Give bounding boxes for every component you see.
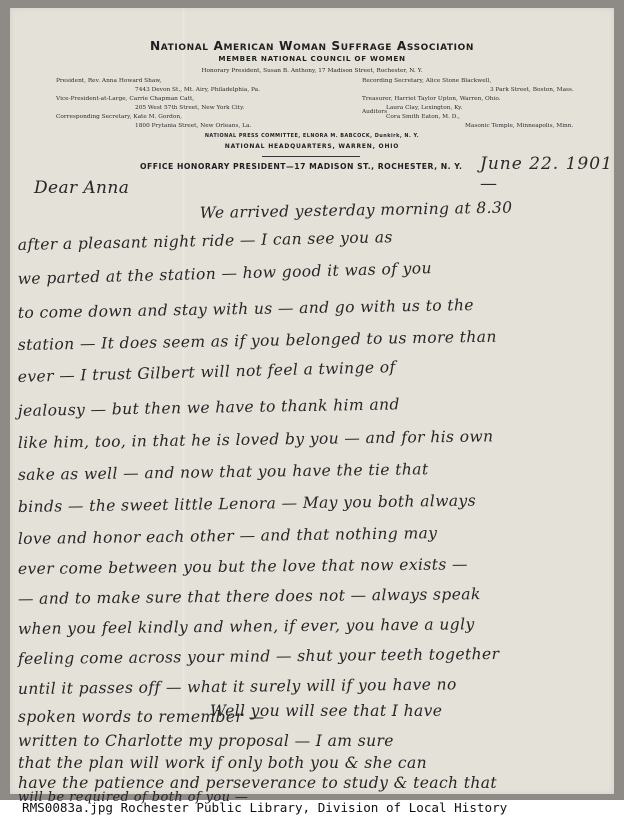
letter-line: we parted at the station — how good it w… (18, 259, 433, 288)
officer-line: 1800 Prytania Street, New Orleans, La. (135, 123, 251, 129)
letter-line: feeling come across your mind — shut you… (18, 645, 500, 668)
letterhead-title: National American Woman Suffrage Associa… (10, 39, 614, 53)
divider-rule (262, 156, 360, 157)
letter-line: that the plan will work if only both you… (18, 754, 427, 772)
letterhead-subtitle: MEMBER NATIONAL COUNCIL OF WOMEN (10, 54, 614, 63)
letter-line: ever — I trust Gilbert will not feel a t… (18, 358, 396, 386)
national-headquarters: NATIONAL HEADQUARTERS, WARREN, OHIO (10, 143, 614, 150)
honorary-president: Honorary President, Susan B. Anthony, 17… (10, 68, 614, 74)
letter-page: National American Woman Suffrage Associa… (10, 8, 614, 794)
letter-line: — and to make sure that there does not —… (18, 585, 481, 608)
letter-line: when you feel kindly and when, if ever, … (18, 615, 475, 638)
letter-line: binds — the sweet little Lenora — May yo… (18, 492, 476, 516)
salutation: Dear Anna (34, 178, 129, 198)
officer-line: Masonic Temple, Minneapolis, Minn. (465, 123, 573, 129)
letter-line: love and honor each other — and that not… (18, 524, 438, 548)
letter-line: station — It does seem as if you belonge… (18, 328, 497, 354)
letter-line: ever come between you but the love that … (18, 555, 468, 578)
letter-line: sake as well — and now that you have the… (18, 460, 429, 484)
letter-line: to come down and stay with us — and go w… (18, 296, 474, 322)
letter-line: Well you will see that I have (210, 702, 442, 720)
auditors-label: Auditors (362, 109, 387, 115)
officer-line: Vice-President-at-Large, Carrie Chapman … (56, 96, 194, 102)
press-committee: NATIONAL PRESS COMMITTEE, ELNORA M. BABC… (10, 133, 614, 139)
officer-line: 3 Park Street, Boston, Mass. (490, 87, 574, 93)
officer-line: Laura Clay, Lexington, Ky. (386, 105, 462, 111)
officer-line: President, Rev. Anna Howard Shaw, (56, 78, 161, 84)
officer-line: Cora Smith Eaton, M. D., (386, 114, 460, 120)
officer-line: Corresponding Secretary, Kate M. Gordon, (56, 114, 182, 120)
officer-line: Recording Secretary, Alice Stone Blackwe… (362, 78, 491, 84)
officer-line: Treasurer, Harriet Taylor Upton, Warren,… (362, 96, 501, 102)
letter-line: after a pleasant night ride — I can see … (18, 228, 393, 254)
letter-line: jealousy — but then we have to thank him… (18, 395, 400, 420)
letter-line: like him, too, in that he is loved by yo… (18, 427, 494, 452)
letter-date: June 22. 1901 — (480, 154, 614, 194)
letter-line: written to Charlotte my proposal — I am … (18, 732, 394, 750)
officer-line: 7443 Devon St., Mt. Airy, Philadelphia, … (135, 87, 260, 93)
image-caption: RMS0083a.jpg Rochester Public Library, D… (22, 800, 507, 815)
officer-line: 205 West 57th Street, New York City. (135, 105, 244, 111)
office-address: OFFICE HONORARY PRESIDENT—17 MADISON ST.… (140, 162, 462, 171)
letter-line: until it passes off — what it surely wil… (18, 675, 457, 698)
letter-line: We arrived yesterday morning at 8.30 (200, 199, 513, 222)
